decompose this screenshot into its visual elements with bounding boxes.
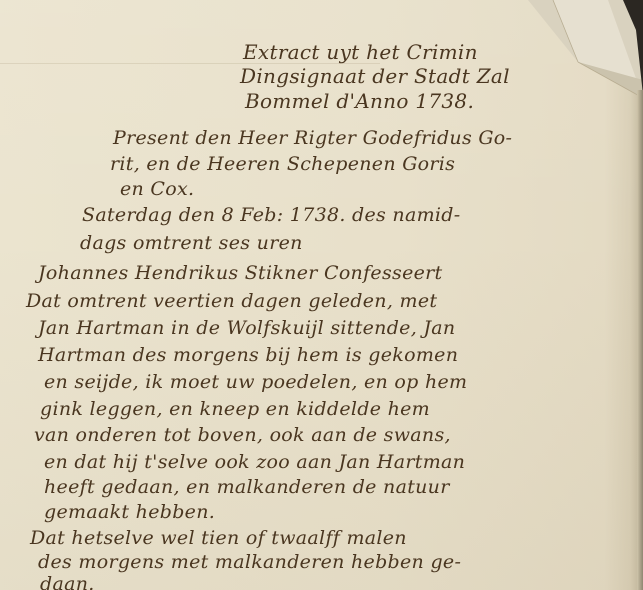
body-line-5: en seijde, ik moet uw poedelen, en op he…	[44, 371, 467, 393]
body-line-1: Johannes Hendrikus Stikner Confesseert	[38, 262, 442, 284]
folded-corner	[528, 0, 643, 98]
body-line-12: des morgens met malkanderen hebben ge-	[38, 551, 461, 573]
date-line-1: Saterdag den 8 Feb: 1738. des namid-	[82, 204, 460, 226]
body-line-9: heeft gedaan, en malkanderen de natuur	[44, 476, 450, 498]
heading-line-3: Bommel d'Anno 1738.	[245, 89, 474, 113]
date-line-2: dags omtrent ses uren	[80, 232, 303, 254]
body-line-13: daan.	[40, 573, 95, 590]
body-line-7: van onderen tot boven, ook aan de swans,	[34, 424, 451, 446]
body-line-10: gemaakt hebben.	[44, 501, 215, 523]
body-line-2: Dat omtrent veertien dagen geleden, met	[26, 290, 437, 312]
body-line-6: gink leggen, en kneep en kiddelde hem	[40, 398, 430, 420]
present-line-2: rit, en de Heeren Schepenen Goris	[110, 153, 455, 175]
body-line-3: Jan Hartman in de Wolfskuijl sittende, J…	[38, 317, 455, 339]
page-edge-shadow	[637, 90, 643, 590]
body-line-8: en dat hij t'selve ook zoo aan Jan Hartm…	[44, 451, 465, 473]
present-line-1: Present den Heer Rigter Godefridus Go-	[113, 127, 512, 149]
body-line-4: Hartman des morgens bij hem is gekomen	[38, 344, 458, 366]
heading-line-2: Dingsignaat der Stadt Zal	[240, 64, 510, 88]
heading-line-1: Extract uyt het Crimin	[243, 40, 478, 64]
present-line-3: en Cox.	[120, 178, 194, 200]
body-line-11: Dat hetselve wel tien of twaalff malen	[30, 527, 407, 549]
